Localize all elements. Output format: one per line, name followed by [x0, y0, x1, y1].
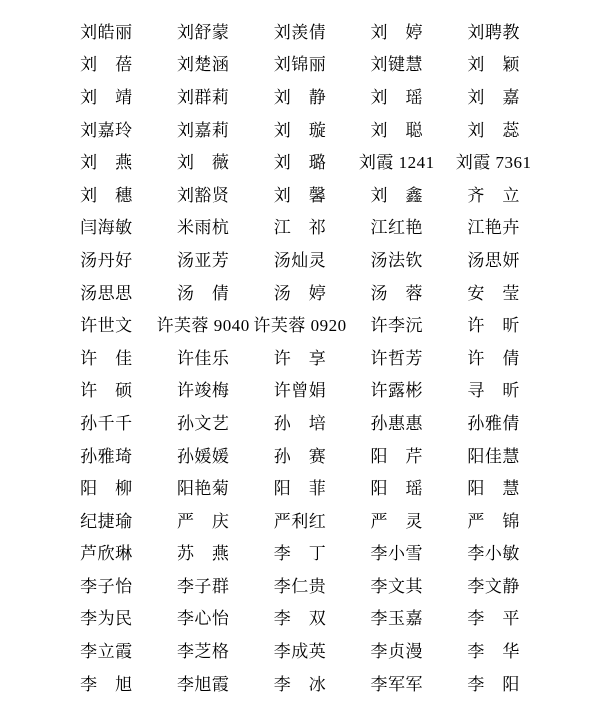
name-cell: 刘锦丽 — [252, 47, 349, 80]
name-cell: 阳佳慧 — [445, 438, 542, 471]
name-cell: 李文静 — [445, 568, 542, 601]
name-cell: 李芝格 — [155, 633, 252, 666]
name-cell: 许曾娟 — [252, 373, 349, 406]
name-cell: 李成英 — [252, 633, 349, 666]
name-cell: 李小敏 — [445, 536, 542, 569]
name-cell: 李小雪 — [348, 536, 445, 569]
name-cell: 严利红 — [252, 503, 349, 536]
name-cell: 汤丹好 — [58, 242, 155, 275]
name-cell: 李文其 — [348, 568, 445, 601]
name-cell: 严 灵 — [348, 503, 445, 536]
name-cell: 李 阳 — [445, 666, 542, 699]
name-cell: 李 丁 — [252, 536, 349, 569]
name-cell: 汤思妍 — [445, 242, 542, 275]
name-cell: 严 庆 — [155, 503, 252, 536]
name-cell: 许竣梅 — [155, 373, 252, 406]
document-page: 刘皓丽刘舒蒙刘羡倩刘 婷刘聘教刘 蓓刘楚涵刘锦丽刘键慧刘 颖刘 靖刘群莉刘 静刘… — [0, 0, 600, 709]
name-cell: 阳 瑶 — [348, 470, 445, 503]
name-cell: 孙媛媛 — [155, 438, 252, 471]
name-cell: 刘皓丽 — [58, 14, 155, 47]
name-cell: 刘 薇 — [155, 144, 252, 177]
name-cell: 刘 靖 — [58, 79, 155, 112]
name-cell: 孙 培 — [252, 405, 349, 438]
name-cell: 刘 静 — [252, 79, 349, 112]
name-cell: 刘 鑫 — [348, 177, 445, 210]
name-cell: 孙 赛 — [252, 438, 349, 471]
name-cell: 刘 嘉 — [445, 79, 542, 112]
name-cell: 刘键慧 — [348, 47, 445, 80]
name-cell: 刘舒蒙 — [155, 14, 252, 47]
name-cell: 李 冰 — [252, 666, 349, 699]
name-cell: 李心怡 — [155, 601, 252, 634]
name-cell: 刘嘉玲 — [58, 112, 155, 145]
name-cell: 汤 倩 — [155, 275, 252, 308]
name-cell: 刘 璇 — [252, 112, 349, 145]
name-cell: 阳 芹 — [348, 438, 445, 471]
name-cell: 闫海敏 — [58, 210, 155, 243]
name-cell: 汤法钦 — [348, 242, 445, 275]
name-cell: 刘羡倩 — [252, 14, 349, 47]
name-cell: 苏 燕 — [155, 536, 252, 569]
name-cell: 许芙蓉 0920 — [252, 307, 349, 340]
name-cell: 刘 聪 — [348, 112, 445, 145]
name-cell: 刘 蕊 — [445, 112, 542, 145]
name-cell: 刘 蓓 — [58, 47, 155, 80]
name-cell: 刘豁贤 — [155, 177, 252, 210]
name-cell: 江红艳 — [348, 210, 445, 243]
name-cell: 许 昕 — [445, 307, 542, 340]
name-cell: 李为民 — [58, 601, 155, 634]
name-cell: 刘嘉莉 — [155, 112, 252, 145]
name-cell: 刘霞 7361 — [445, 144, 542, 177]
name-cell: 许芙蓉 9040 — [155, 307, 252, 340]
name-cell: 李子群 — [155, 568, 252, 601]
name-cell: 李仁贵 — [252, 568, 349, 601]
name-cell: 许 享 — [252, 340, 349, 373]
name-cell: 李立霞 — [58, 633, 155, 666]
name-cell: 汤思思 — [58, 275, 155, 308]
name-cell: 李子怡 — [58, 568, 155, 601]
name-cell: 许世文 — [58, 307, 155, 340]
name-cell: 米雨杭 — [155, 210, 252, 243]
name-cell: 刘 瑶 — [348, 79, 445, 112]
name-cell: 阳 菲 — [252, 470, 349, 503]
name-cell: 严 锦 — [445, 503, 542, 536]
name-cell: 许李沅 — [348, 307, 445, 340]
name-grid: 刘皓丽刘舒蒙刘羡倩刘 婷刘聘教刘 蓓刘楚涵刘锦丽刘键慧刘 颖刘 靖刘群莉刘 静刘… — [58, 14, 542, 698]
name-cell: 阳 慧 — [445, 470, 542, 503]
name-cell: 李军军 — [348, 666, 445, 699]
name-cell: 许露彬 — [348, 373, 445, 406]
name-cell: 刘 颖 — [445, 47, 542, 80]
name-cell: 李 旭 — [58, 666, 155, 699]
name-cell: 阳艳菊 — [155, 470, 252, 503]
name-cell: 许 硕 — [58, 373, 155, 406]
name-cell: 刘 馨 — [252, 177, 349, 210]
name-cell: 汤 婷 — [252, 275, 349, 308]
name-cell: 许 倩 — [445, 340, 542, 373]
name-cell: 许 佳 — [58, 340, 155, 373]
name-cell: 安 莹 — [445, 275, 542, 308]
name-cell: 汤亚芳 — [155, 242, 252, 275]
name-cell: 齐 立 — [445, 177, 542, 210]
name-cell: 刘 婷 — [348, 14, 445, 47]
name-cell: 李贞漫 — [348, 633, 445, 666]
name-cell: 寻 昕 — [445, 373, 542, 406]
name-cell: 孙惠惠 — [348, 405, 445, 438]
name-cell: 李旭霞 — [155, 666, 252, 699]
name-cell: 刘 穗 — [58, 177, 155, 210]
name-cell: 芦欣琳 — [58, 536, 155, 569]
name-cell: 孙雅琦 — [58, 438, 155, 471]
name-cell: 汤灿灵 — [252, 242, 349, 275]
name-cell: 汤 蓉 — [348, 275, 445, 308]
name-cell: 李玉嘉 — [348, 601, 445, 634]
name-cell: 阳 柳 — [58, 470, 155, 503]
name-cell: 刘霞 1241 — [348, 144, 445, 177]
name-cell: 刘群莉 — [155, 79, 252, 112]
name-cell: 孙千千 — [58, 405, 155, 438]
name-cell: 孙文艺 — [155, 405, 252, 438]
name-cell: 刘 燕 — [58, 144, 155, 177]
name-cell: 刘楚涵 — [155, 47, 252, 80]
name-cell: 李 华 — [445, 633, 542, 666]
name-cell: 江 祁 — [252, 210, 349, 243]
name-cell: 刘聘教 — [445, 14, 542, 47]
name-cell: 纪捷瑜 — [58, 503, 155, 536]
name-cell: 刘 璐 — [252, 144, 349, 177]
name-cell: 孙雅倩 — [445, 405, 542, 438]
name-cell: 许哲芳 — [348, 340, 445, 373]
name-cell: 李 双 — [252, 601, 349, 634]
name-cell: 许佳乐 — [155, 340, 252, 373]
name-cell: 李 平 — [445, 601, 542, 634]
name-cell: 江艳卉 — [445, 210, 542, 243]
